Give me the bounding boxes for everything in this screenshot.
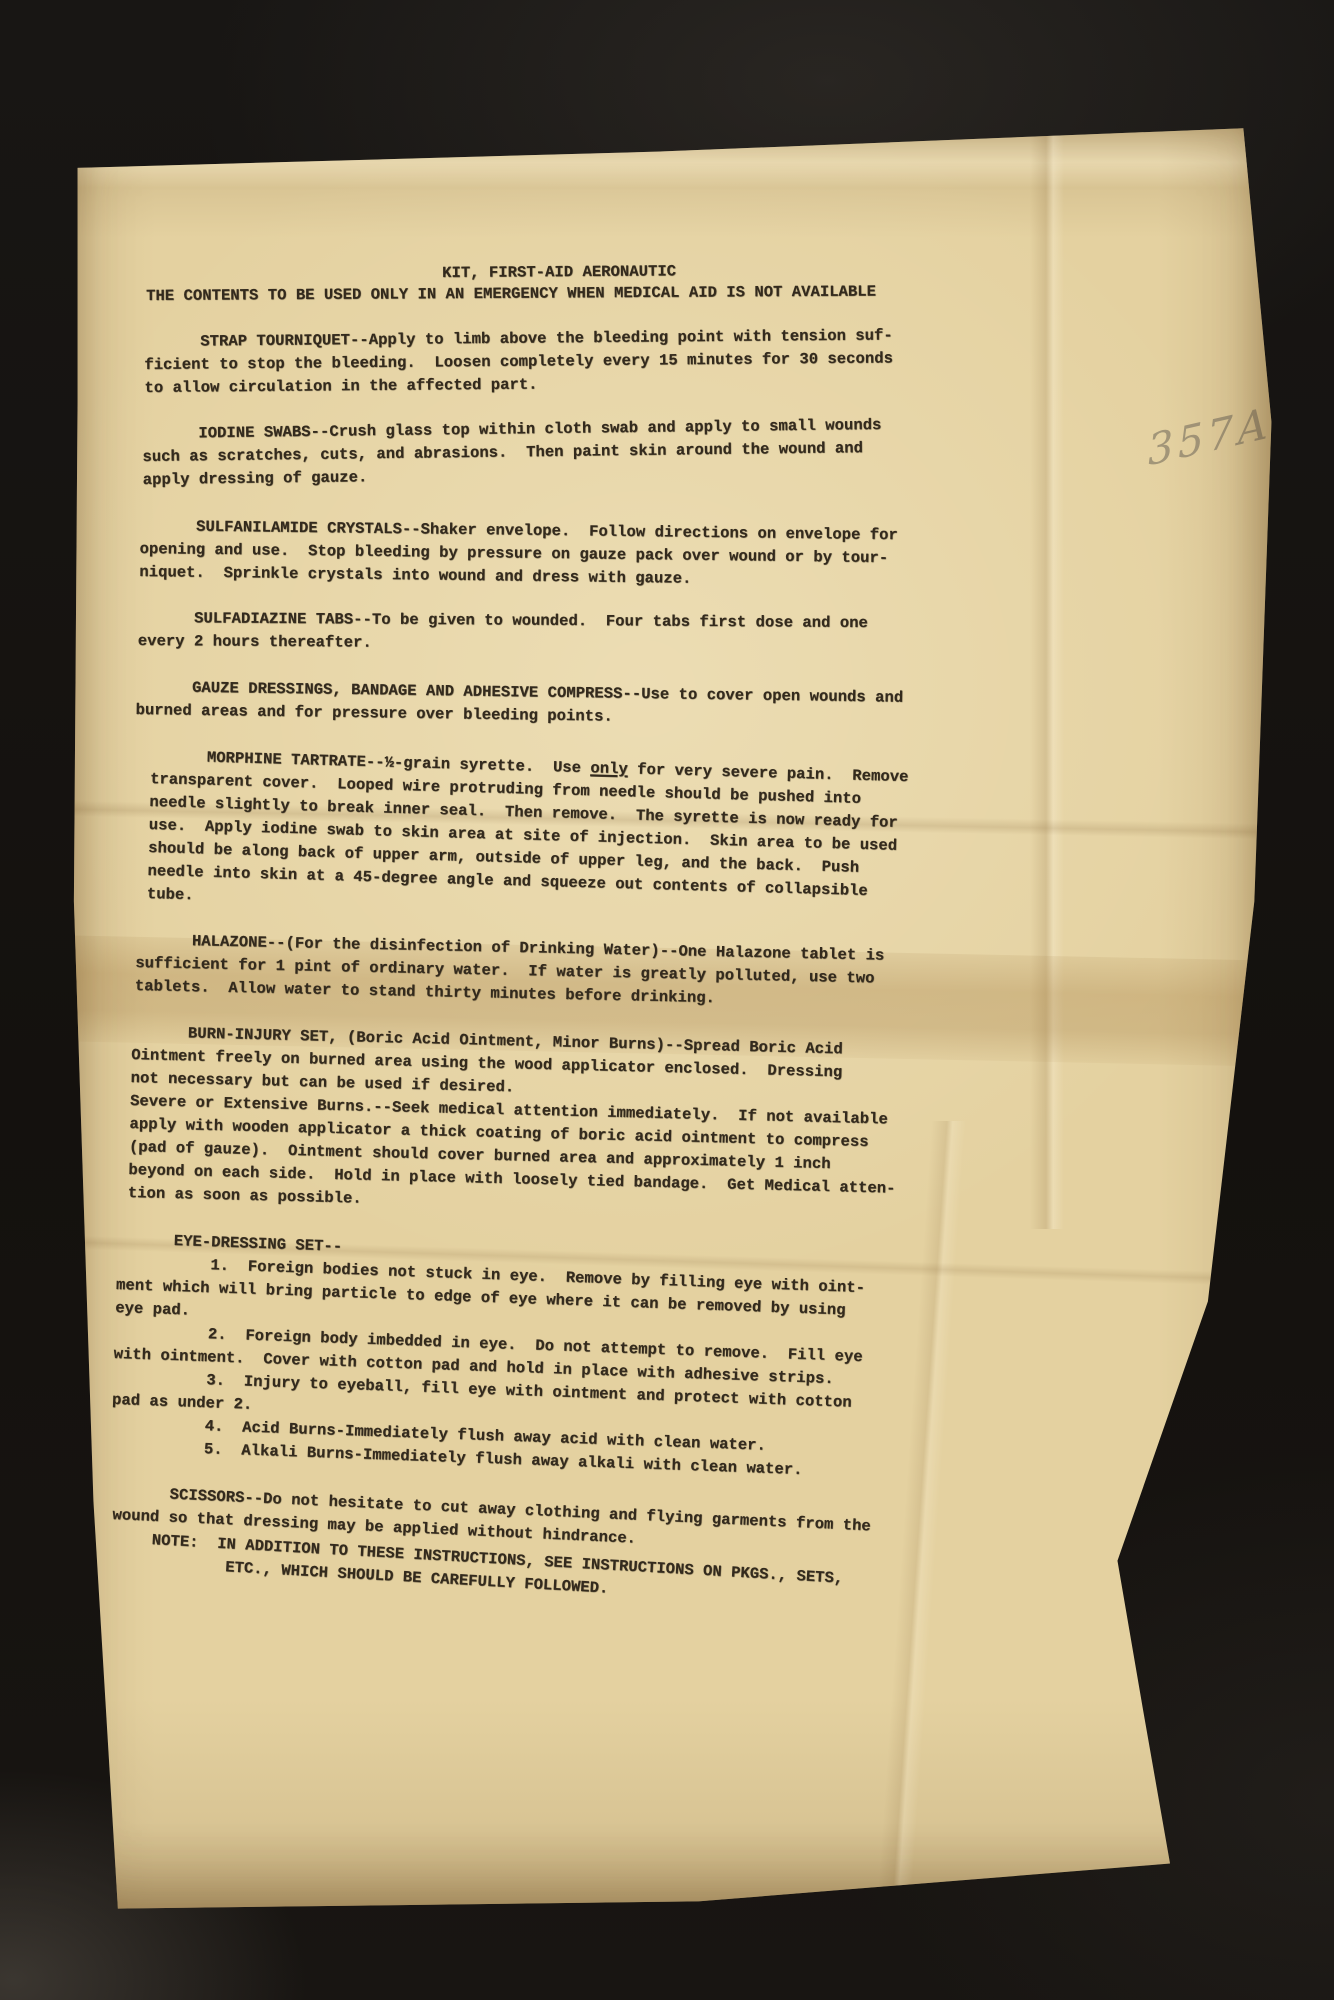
section-morphine-tartrate: MORPHINE TARTRATE--½-grain syrette. Use … (147, 745, 1250, 937)
section-sulfanilamide-crystals: SULFANILAMIDE CRYSTALS--Shaker envelope.… (139, 515, 1250, 598)
section-iodine-swabs: IODINE SWABS--Crush glass top within clo… (142, 409, 1251, 492)
section-strap-tourniquet: STRAP TOURNIQUET--Apply to limb above th… (144, 321, 1251, 400)
section-sulfadiazine-tabs: SULFADIAZINE TABS--To be given to wounde… (138, 607, 1250, 661)
section-burn-injury-set: BURN-INJURY SET, (Boric Acid Ointment, M… (128, 1021, 1250, 1232)
document-paper: KIT, FIRST-AID AERONAUTIC THE CONTENTS T… (58, 112, 1280, 1914)
section-halazone: HALAZONE--(For the disinfection of Drink… (135, 929, 1250, 1021)
morphine-text-end: for very severe pain. Remove transparent… (147, 760, 909, 904)
section-eye-dressing-set: EYE-DRESSING SET-- 1. Foreign bodies not… (110, 1228, 1249, 1497)
section-gauze-dressings: GAUZE DRESSINGS, BANDAGE AND ADHESIVE CO… (135, 676, 1250, 738)
underlined-word: only (590, 759, 628, 778)
document-subtitle: THE CONTENTS TO BE USED ONLY IN AN EMERG… (146, 278, 1250, 308)
typewritten-text: KIT, FIRST-AID AERONAUTIC THE CONTENTS T… (58, 112, 1280, 1914)
